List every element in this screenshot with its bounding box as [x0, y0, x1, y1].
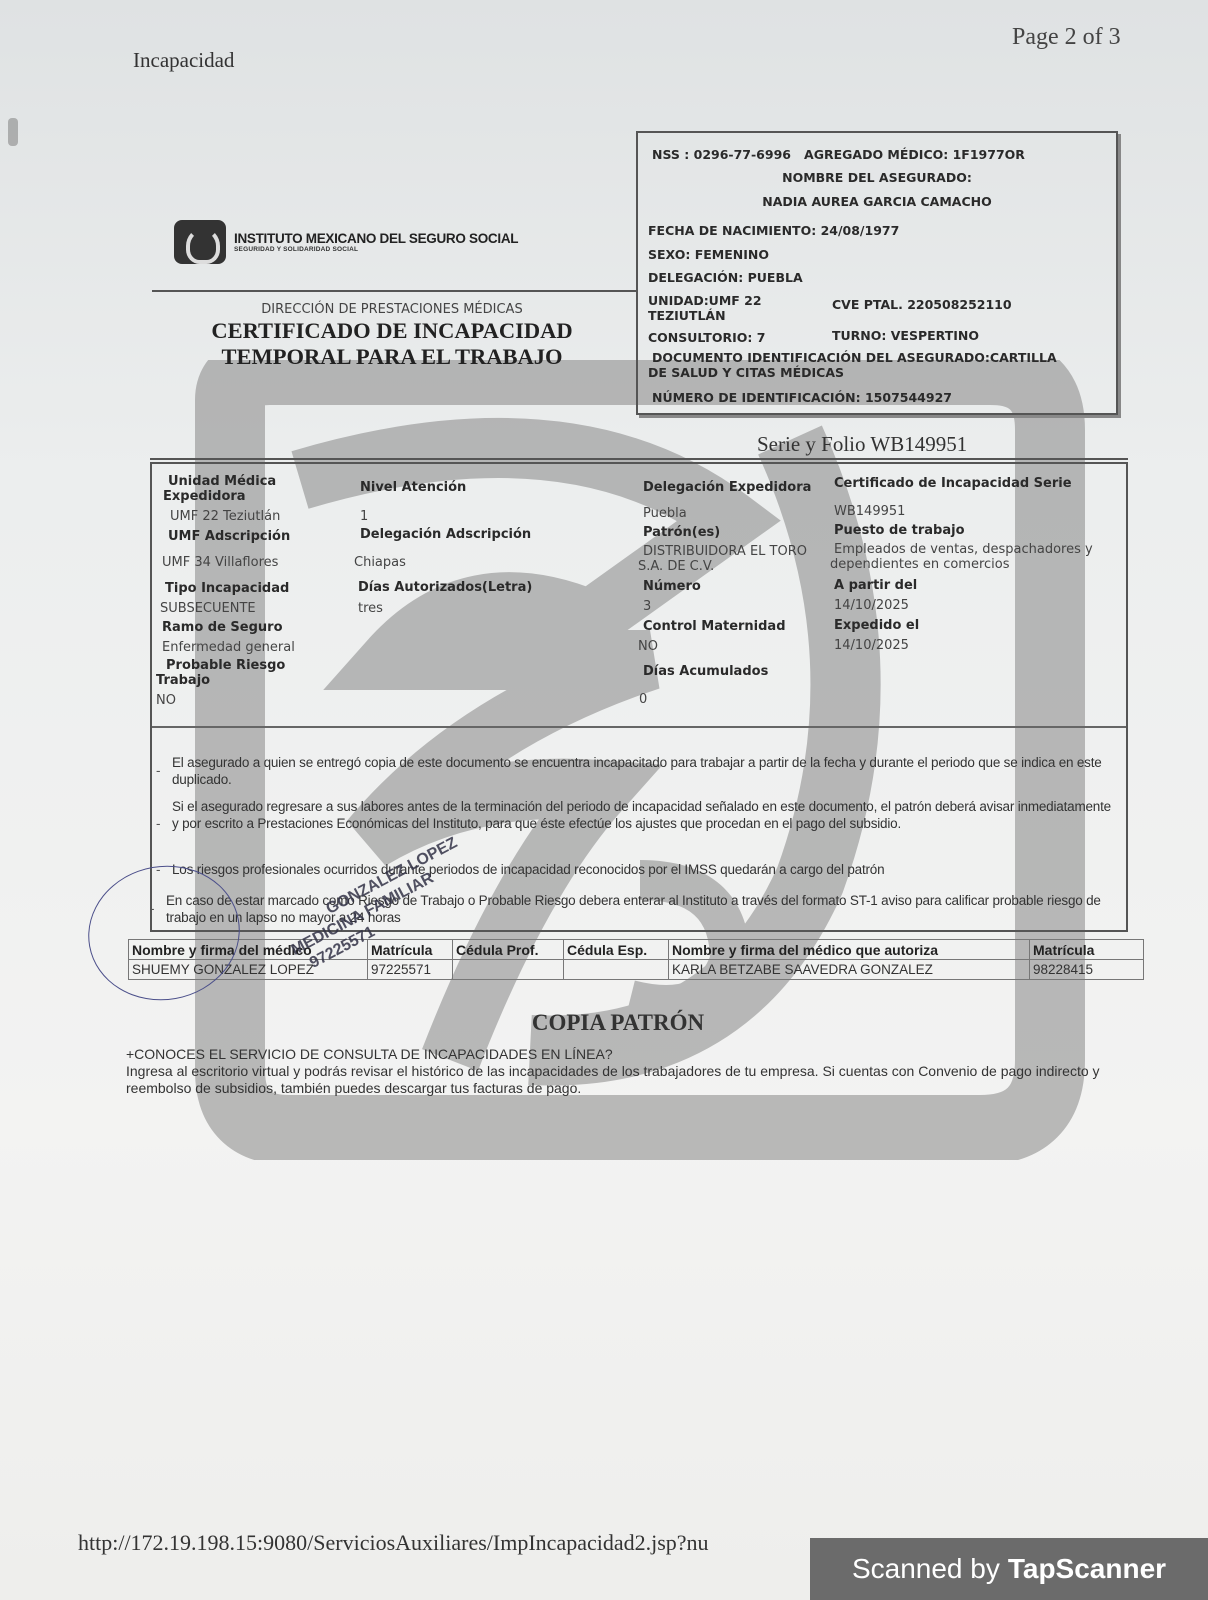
ramo-seguro-label: Ramo de Seguro — [162, 620, 283, 635]
cve-row: CVE PTAL. 220508252110 — [832, 297, 1012, 312]
turno-row: TURNO: VESPERTINO — [832, 328, 979, 343]
patron-value: DISTRIBUIDORA EL TORO S.A. DE C.V. — [643, 544, 807, 574]
consultorio-label: CONSULTORIO: — [648, 330, 752, 345]
online-service-promo: +CONOCES EL SERVICIO DE CONSULTA DE INCA… — [126, 1046, 1126, 1097]
institution-name: INSTITUTO MEXICANO DEL SEGURO SOCIAL — [234, 231, 518, 246]
cert-serie-label: Certificado de Incapacidad Serie — [834, 476, 1072, 491]
numero-label: Número — [643, 579, 701, 594]
cedula-prof — [453, 960, 564, 980]
note-text: Si el asegurado regresare a sus labores … — [172, 799, 1111, 831]
cedula-esp — [564, 960, 669, 980]
puesto-label: Puesto de trabajo — [834, 523, 965, 538]
promo-heading: +CONOCES EL SERVICIO DE CONSULTA DE INCA… — [126, 1046, 1126, 1063]
delegacion-row: DELEGACIÓN: PUEBLA — [648, 270, 803, 285]
note-text: Los riesgos profesionales ocurridos dura… — [172, 862, 884, 877]
unidad-expedidora-value: UMF 22 Teziutlán — [170, 509, 280, 524]
header-cell: Matrícula — [368, 940, 453, 960]
institution-tagline: SEGURIDAD Y SOLIDARIDAD SOCIAL — [234, 246, 518, 253]
label-line: Trabajo — [156, 673, 285, 688]
scanner-prefix: Scanned by — [852, 1553, 1000, 1585]
nivel-atencion-value: 1 — [360, 509, 368, 524]
a-partir-value: 14/10/2025 — [834, 598, 909, 613]
authorizing-doctor-name: KARLA BETZABE SAAVEDRA GONZALEZ — [669, 960, 1030, 980]
expedido-label: Expedido el — [834, 618, 919, 633]
scan-artifact — [8, 118, 18, 146]
page-header-title: Incapacidad — [133, 48, 234, 73]
doc-id: DOCUMENTO IDENTIFICACIÓN DEL ASEGURADO:C… — [652, 350, 1057, 380]
divider — [152, 726, 1126, 728]
insured-name: NADIA AUREA GARCIA CAMACHO — [638, 194, 1116, 209]
delegacion-value: PUEBLA — [748, 270, 803, 285]
riesgo-trabajo-label: Probable Riesgo Trabajo — [166, 658, 285, 688]
note-3: -Los riesgos profesionales ocurridos dur… — [172, 861, 1112, 878]
value-line: dependientes en comercios — [830, 557, 1093, 572]
ramo-seguro-value: Enfermedad general — [162, 640, 295, 655]
nivel-atencion-label: Nivel Atención — [360, 480, 466, 495]
promo-text: Ingresa al escritorio virtual y podrás r… — [126, 1063, 1126, 1097]
consultorio-row: CONSULTORIO: 7 — [648, 330, 765, 345]
nss-value: 0296-77-6996 — [694, 147, 791, 162]
note-1: -El asegurado a quien se entregó copia d… — [172, 754, 1112, 788]
copy-label: COPIA PATRÓN — [128, 1010, 1108, 1036]
dias-acumulados-label: Días Acumulados — [643, 664, 768, 679]
expedido-value: 14/10/2025 — [834, 638, 909, 653]
delegacion-label: DELEGACIÓN: — [648, 270, 743, 285]
puesto-value: Empleados de ventas, despachadores y dep… — [834, 542, 1093, 572]
dias-acumulados-value: 0 — [639, 692, 647, 707]
num-id-value: 1507544927 — [865, 390, 952, 405]
unidad-value: UNIDAD:UMF 22 TEZIUTLÁN — [648, 293, 762, 323]
label-line: Probable Riesgo — [166, 658, 285, 673]
certificate-details: Unidad Médica Expedidora UMF 22 Teziutlá… — [150, 462, 1128, 932]
imss-eagle-logo-icon — [174, 220, 226, 264]
patron-label: Patrón(es) — [643, 525, 720, 540]
imss-logo: INSTITUTO MEXICANO DEL SEGURO SOCIAL SEG… — [174, 220, 518, 264]
scanner-watermark: Scanned by TapScanner — [810, 1538, 1208, 1600]
birth-value: 24/08/1977 — [821, 223, 900, 238]
label-line: Expedidora — [163, 489, 276, 504]
doc-id-line1: DOCUMENTO IDENTIFICACIÓN DEL ASEGURADO:C… — [652, 350, 1057, 365]
birth-row: FECHA DE NACIMIENTO: 24/08/1977 — [648, 223, 899, 238]
cve-label: CVE PTAL. — [832, 297, 903, 312]
numero-value: 3 — [643, 599, 651, 614]
header-cell: Cédula Prof. — [453, 940, 564, 960]
dias-letra-label: Días Autorizados(Letra) — [358, 580, 532, 595]
sex-row: SEXO: FEMENINO — [648, 247, 769, 262]
header-cell: Nombre y firma del médico que autoriza — [669, 940, 1030, 960]
nss-label: NSS : — [652, 147, 689, 162]
unidad-line1: UNIDAD:UMF 22 — [648, 293, 762, 308]
certificate-title-line1: CERTIFICADO DE INCAPACIDAD — [152, 318, 632, 344]
header-cell: Cédula Esp. — [564, 940, 669, 960]
dias-letra-value: tres — [358, 601, 383, 616]
nss-row: NSS : 0296-77-6996 AGREGADO MÉDICO: 1F19… — [652, 147, 1025, 162]
doctor-matricula: 97225571 — [368, 960, 453, 980]
scanner-brand: TapScanner — [1008, 1553, 1166, 1585]
value-line: Empleados de ventas, despachadores y — [834, 542, 1093, 557]
unidad-line2: TEZIUTLÁN — [648, 308, 762, 323]
value-line: S.A. DE C.V. — [638, 559, 807, 574]
note-2: -Si el asegurado regresare a sus labores… — [172, 798, 1112, 832]
certificate-title-line2: TEMPORAL PARA EL TRABAJO — [152, 344, 632, 370]
direction-label: DIRECCIÓN DE PRESTACIONES MÉDICAS — [152, 302, 632, 317]
umf-adscripcion-value: UMF 34 Villaflores — [162, 555, 278, 570]
riesgo-trabajo-value: NO — [156, 693, 176, 708]
agregado-label: AGREGADO MÉDICO: — [804, 147, 948, 162]
sex-label: SEXO: — [648, 247, 690, 262]
tipo-incapacidad-value: SUBSECUENTE — [160, 601, 256, 616]
agregado-value: 1F1977OR — [953, 147, 1025, 162]
cert-serie-value: WB149951 — [834, 504, 905, 519]
serie-folio: Serie y Folio WB149951 — [757, 432, 967, 457]
birth-label: FECHA DE NACIMIENTO: — [648, 223, 816, 238]
delegacion-expedidora-label: Delegación Expedidora — [643, 480, 811, 495]
unidad-expedidora-label: Unidad Médica Expedidora — [168, 474, 276, 504]
page-indicator: Page 2 of 3 — [1012, 24, 1121, 51]
delegacion-adscripcion-value: Chiapas — [354, 555, 406, 570]
note-text: El asegurado a quien se entregó copia de… — [172, 755, 1102, 787]
value-line: DISTRIBUIDORA EL TORO — [643, 544, 807, 559]
turno-value: VESPERTINO — [891, 328, 979, 343]
header-cell: Matrícula — [1030, 940, 1144, 960]
consultorio-value: 7 — [757, 330, 766, 345]
tipo-incapacidad-label: Tipo Incapacidad — [165, 581, 289, 596]
control-maternidad-value: NO — [638, 639, 658, 654]
control-maternidad-label: Control Maternidad — [643, 619, 786, 634]
num-id-label: NÚMERO DE IDENTIFICACIÓN: — [652, 390, 861, 405]
delegacion-adscripcion-label: Delegación Adscripción — [360, 527, 531, 542]
cve-value: 220508252110 — [907, 297, 1011, 312]
delegacion-expedidora-value: Puebla — [643, 506, 687, 521]
table-row: SHUEMY GONZALEZ LOPEZ 97225571 KARLA BET… — [129, 960, 1144, 980]
umf-adscripcion-label: UMF Adscripción — [168, 529, 290, 544]
num-id-row: NÚMERO DE IDENTIFICACIÓN: 1507544927 — [652, 390, 952, 405]
turno-label: TURNO: — [832, 328, 886, 343]
certificate-title: CERTIFICADO DE INCAPACIDAD TEMPORAL PARA… — [152, 318, 632, 370]
authorizing-doctor-matricula: 98228415 — [1030, 960, 1144, 980]
doc-id-line2: DE SALUD Y CITAS MÉDICAS — [648, 365, 1057, 380]
sex-value: FEMENINO — [695, 247, 769, 262]
name-label: NOMBRE DEL ASEGURADO: — [638, 170, 1116, 185]
insured-info-box: NSS : 0296-77-6996 AGREGADO MÉDICO: 1F19… — [636, 131, 1118, 415]
print-url: http://172.19.198.15:9080/ServiciosAuxil… — [78, 1530, 709, 1556]
a-partir-label: A partir del — [834, 578, 917, 593]
label-line: Unidad Médica — [168, 474, 276, 489]
divider — [152, 290, 638, 292]
